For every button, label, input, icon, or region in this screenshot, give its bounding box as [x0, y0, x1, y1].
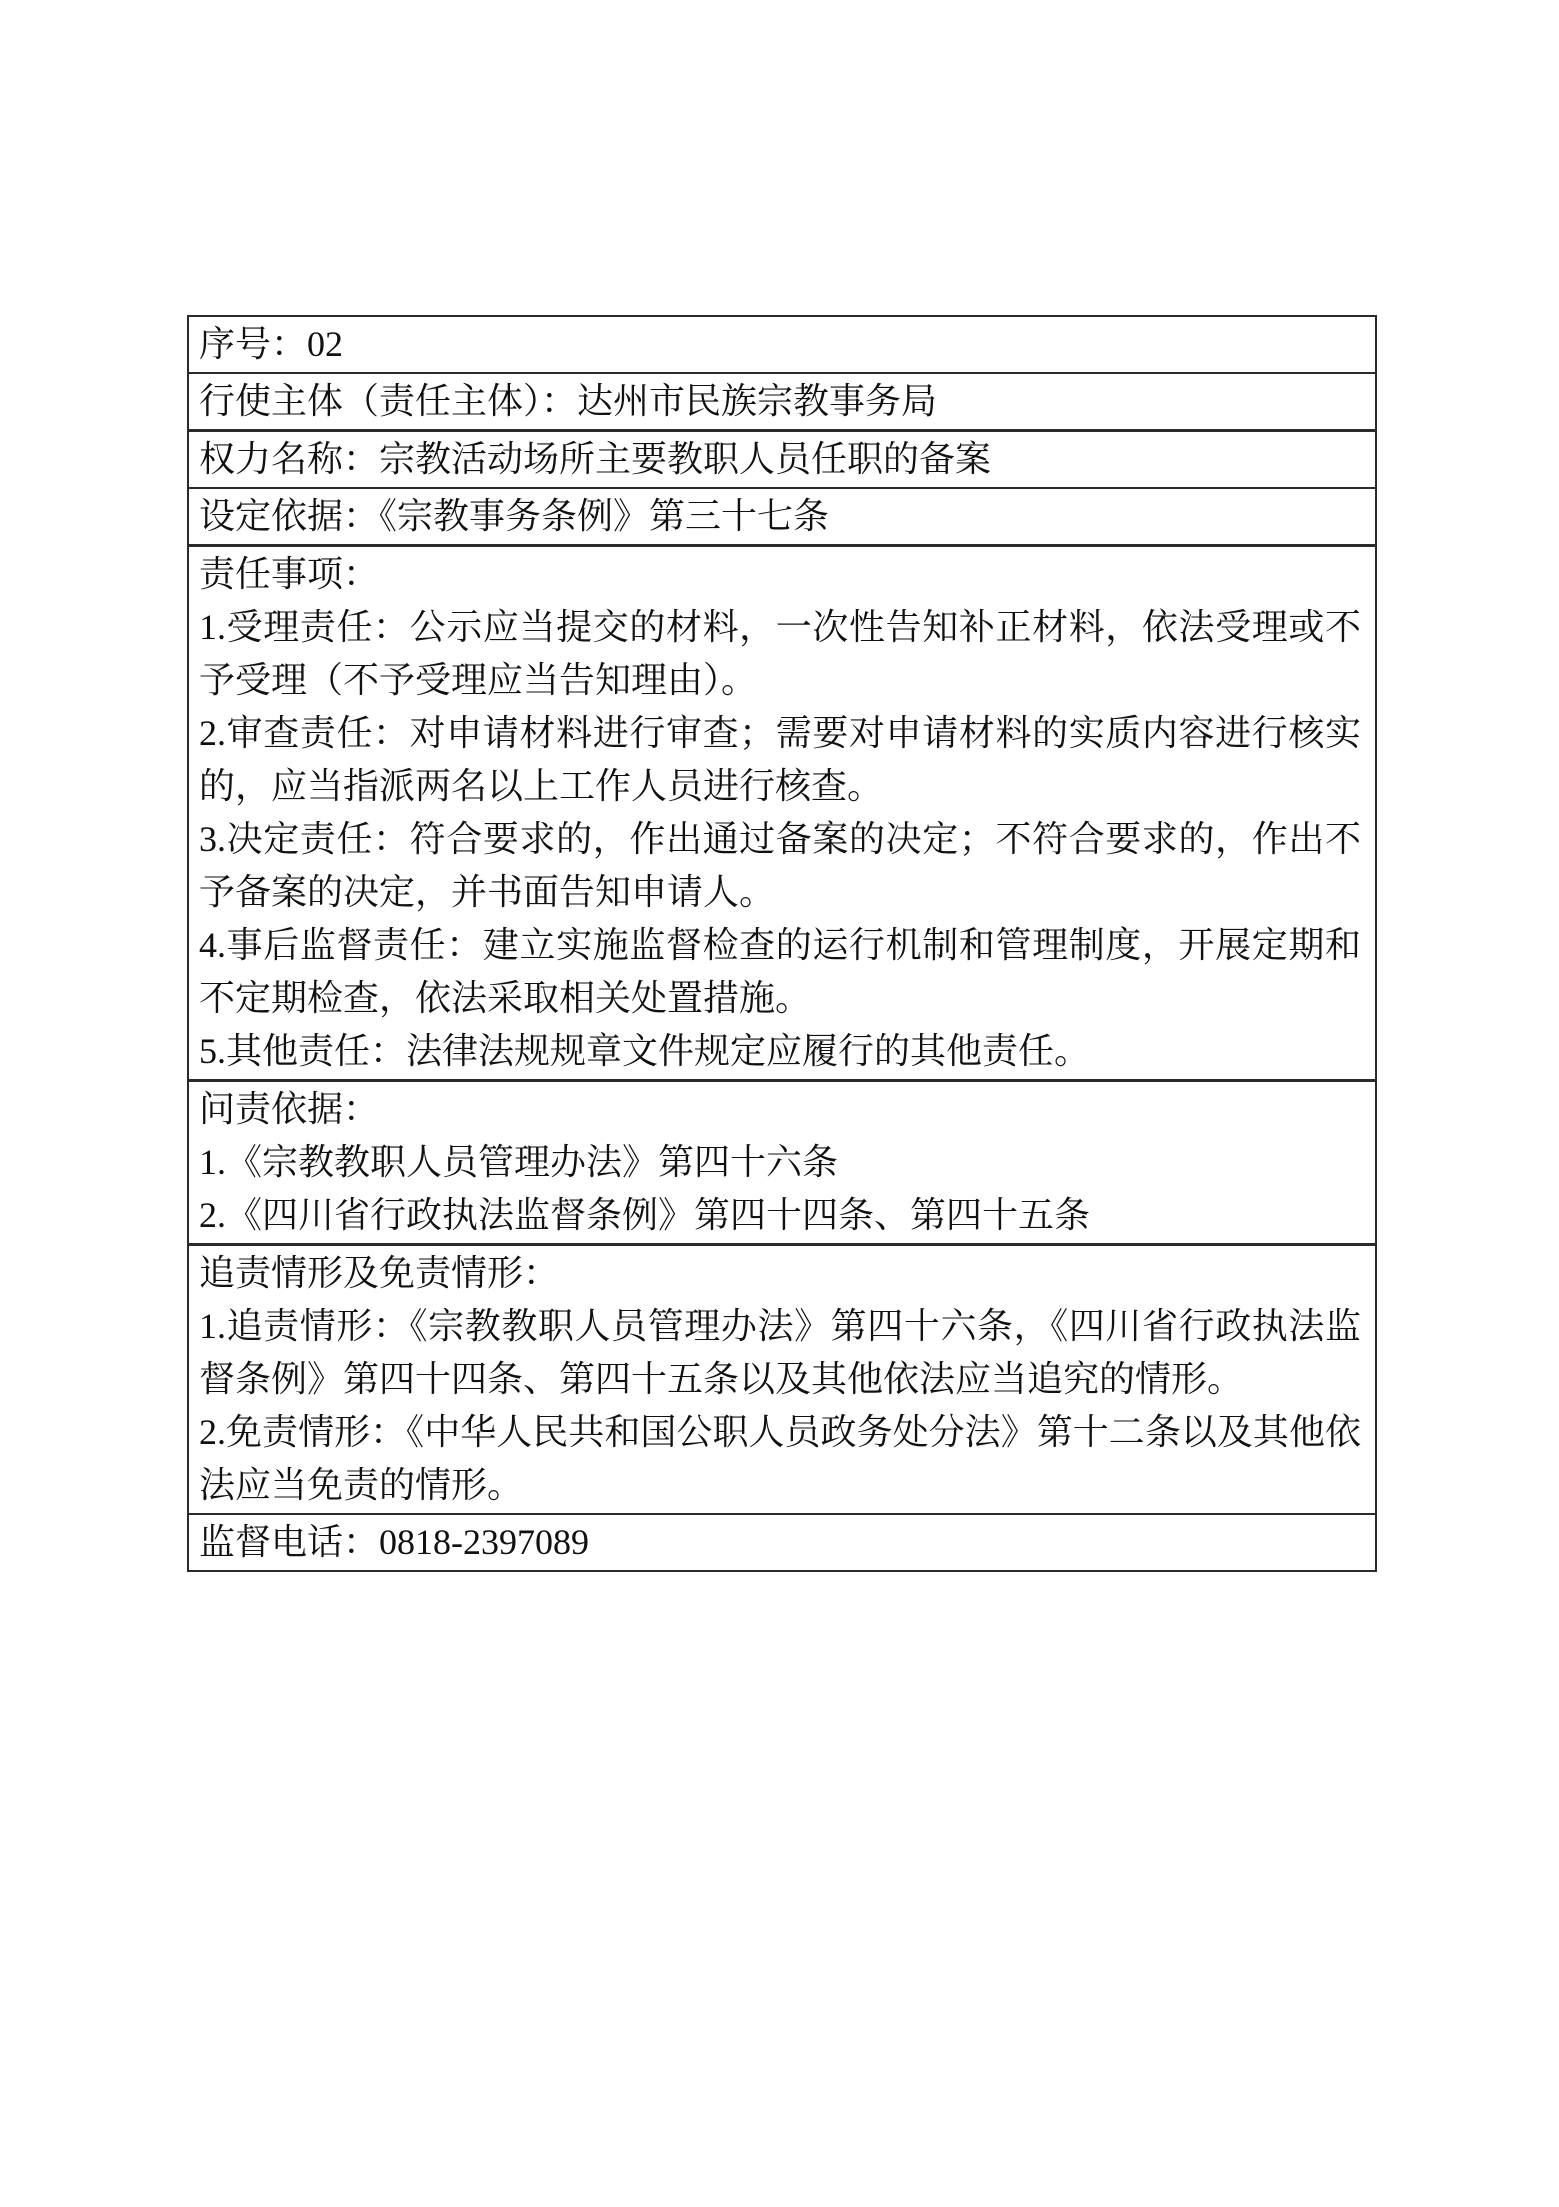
situations-heading: 追责情形及免责情形： [199, 1247, 1361, 1300]
table-row-supervision-phone: 监督电话：0818-2397089 [189, 1515, 1375, 1570]
table-row-accountability-exemption-situations: 追责情形及免责情形： 1.追责情形：《宗教教职人员管理办法》第四十六条，《四川省… [189, 1246, 1375, 1515]
accountability-basis-heading: 问责依据： [199, 1083, 1361, 1136]
responsibility-item-2: 2.审查责任：对申请材料进行审查；需要对申请材料的实质内容进行核实的，应当指派两… [199, 707, 1361, 813]
responsibility-item-3: 3.决定责任：符合要求的，作出通过备案的决定；不符合要求的，作出不予备案的决定，… [199, 813, 1361, 919]
table-row-power-name: 权力名称：宗教活动场所主要教职人员任职的备案 [189, 432, 1375, 489]
table-row-exercising-subject: 行使主体（责任主体）：达州市民族宗教事务局 [189, 374, 1375, 432]
serial-number-text: 序号：02 [199, 318, 1361, 371]
setting-basis-text: 设定依据：《宗教事务条例》第三十七条 [199, 490, 1361, 543]
table-row-responsibility-items: 责任事项： 1.受理责任：公示应当提交的材料，一次性告知补正材料，依法受理或不予… [189, 547, 1375, 1082]
accountability-basis-item-2: 2.《四川省行政执法监督条例》第四十四条、第四十五条 [199, 1189, 1361, 1242]
responsibility-list-table: 序号：02 行使主体（责任主体）：达州市民族宗教事务局 权力名称：宗教活动场所主… [187, 315, 1377, 1572]
power-name-text: 权力名称：宗教活动场所主要教职人员任职的备案 [199, 433, 1361, 486]
responsibility-item-5: 5.其他责任：法律法规规章文件规定应履行的其他责任。 [199, 1025, 1361, 1078]
responsibility-item-1: 1.受理责任：公示应当提交的材料，一次性告知补正材料，依法受理或不予受理（不予受… [199, 601, 1361, 707]
exemption-situation-item: 2.免责情形：《中华人民共和国公职人员政务处分法》第十二条以及其他依法应当免责的… [199, 1406, 1361, 1512]
responsibility-item-4: 4.事后监督责任：建立实施监督检查的运行机制和管理制度，开展定期和不定期检查，依… [199, 919, 1361, 1025]
responsibility-items-heading: 责任事项： [199, 548, 1361, 601]
table-row-serial-number: 序号：02 [189, 317, 1375, 374]
accountability-basis-item-1: 1.《宗教教职人员管理办法》第四十六条 [199, 1136, 1361, 1189]
table-row-accountability-basis: 问责依据： 1.《宗教教职人员管理办法》第四十六条 2.《四川省行政执法监督条例… [189, 1082, 1375, 1246]
exercising-subject-text: 行使主体（责任主体）：达州市民族宗教事务局 [199, 375, 1361, 428]
table-row-setting-basis: 设定依据：《宗教事务条例》第三十七条 [189, 489, 1375, 547]
accountability-situation-item: 1.追责情形：《宗教教职人员管理办法》第四十六条，《四川省行政执法监督条例》第四… [199, 1300, 1361, 1406]
supervision-phone-text: 监督电话：0818-2397089 [199, 1516, 1361, 1569]
